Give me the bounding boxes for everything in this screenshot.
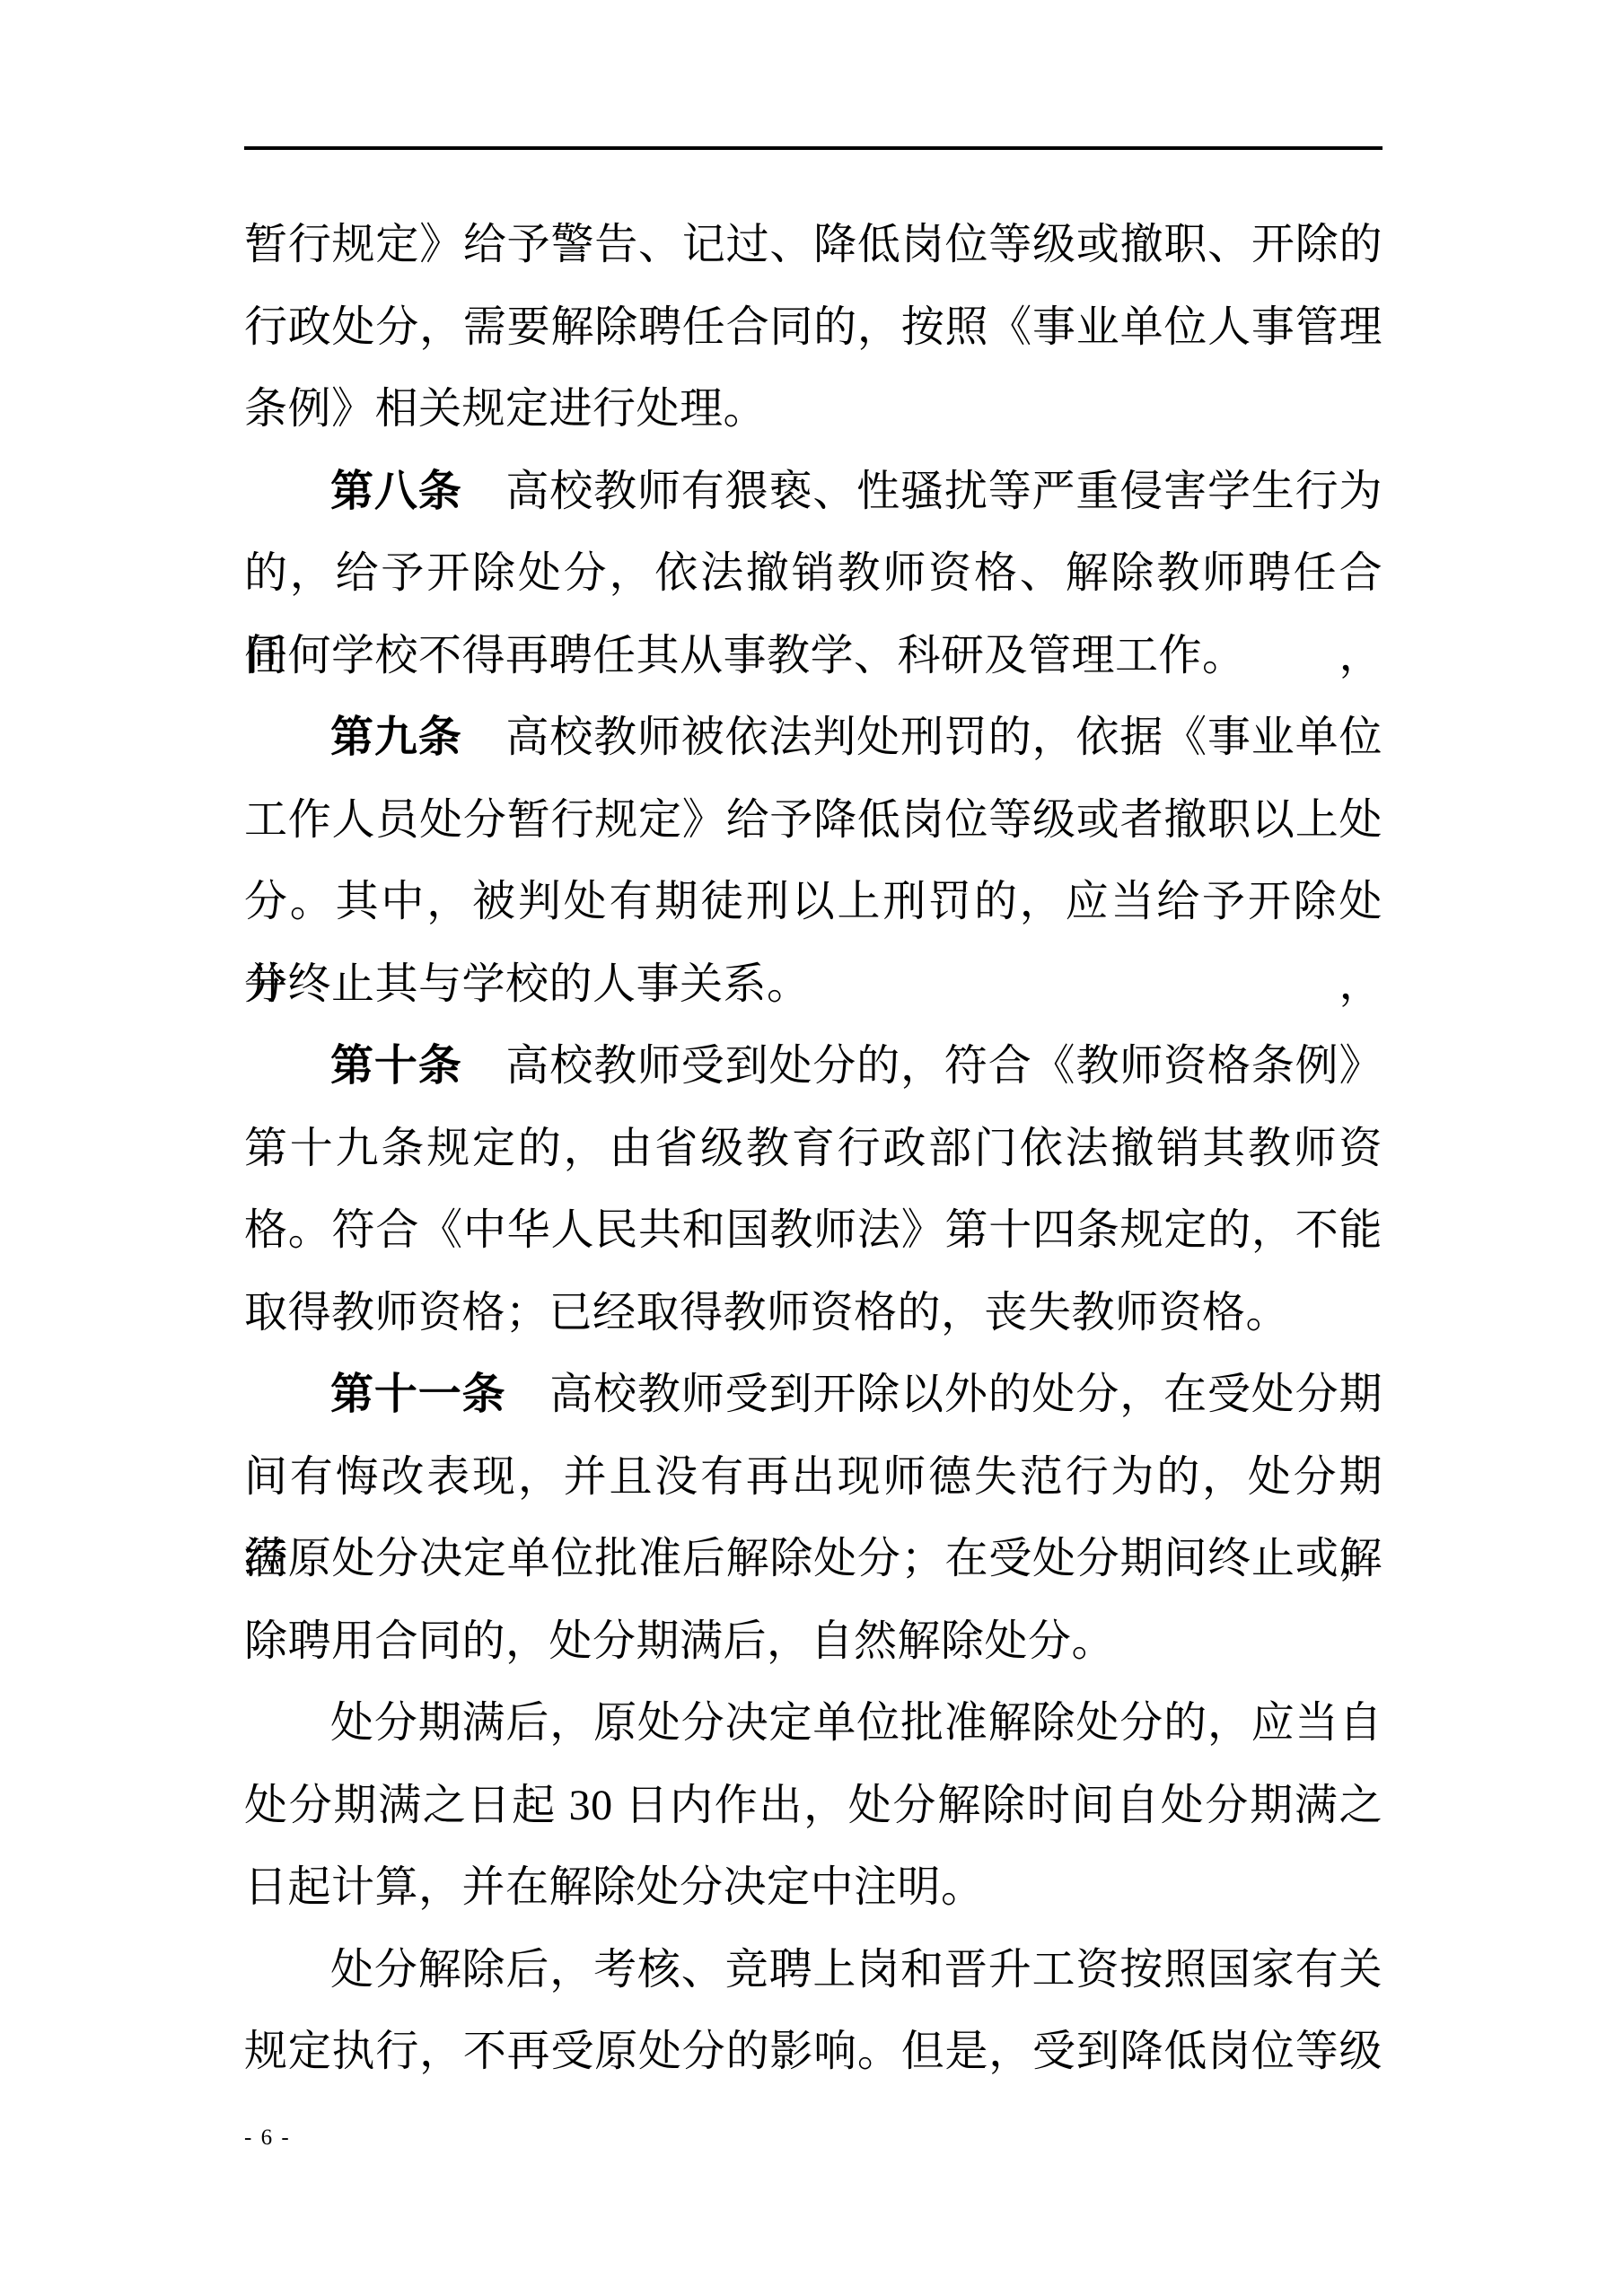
line-text: 经原处分决定单位批准后解除处分；在受处分期间终止或解 xyxy=(244,1535,1383,1582)
text-line: 行政处分，需要解除聘任合同的，按照《事业单位人事管理 xyxy=(244,286,1383,369)
line-text: 取得教师资格；已经取得教师资格的，丧失教师资格。 xyxy=(244,1289,1289,1336)
line-text: 行政处分，需要解除聘任合同的，按照《事业单位人事管理 xyxy=(244,303,1383,351)
text-line: 经原处分决定单位批准后解除处分；在受处分期间终止或解 xyxy=(244,1518,1383,1600)
article-number: 第九条 xyxy=(330,714,462,761)
line-text: 除聘用合同的，处分期满后，自然解除处分。 xyxy=(244,1617,1115,1665)
line-text: 高校教师受到处分的，符合《教师资格条例》 xyxy=(462,1042,1383,1090)
line-text: 处分期满之日起 30 日内作出，处分解除时间自处分期满之 xyxy=(244,1782,1383,1829)
text-line: 暂行规定》给予警告、记过、降低岗位等级或撤职、开除的 xyxy=(244,204,1383,286)
article-number: 第十一条 xyxy=(330,1371,505,1418)
line-text: 任何学校不得再聘任其从事教学、科研及管理工作。 xyxy=(244,632,1246,679)
text-line: 分。其中，被判处有期徒刑以上刑罚的，应当给予开除处分， xyxy=(244,861,1383,943)
article-number: 第十条 xyxy=(330,1042,462,1090)
line-text: 处分解除后，考核、竞聘上岗和晋升工资按照国家有关 xyxy=(330,1946,1383,1994)
text-line: 规定执行，不再受原处分的影响。但是，受到降低岗位等级 xyxy=(244,2011,1383,2093)
line-text: 高校教师有猥亵、性骚扰等严重侵害学生行为 xyxy=(462,468,1383,515)
document-body: 暂行规定》给予警告、记过、降低岗位等级或撤职、开除的行政处分，需要解除聘任合同的… xyxy=(244,204,1383,2093)
document-page: 暂行规定》给予警告、记过、降低岗位等级或撤职、开除的行政处分，需要解除聘任合同的… xyxy=(0,0,1624,2296)
text-line: 取得教师资格；已经取得教师资格的，丧失教师资格。 xyxy=(244,1272,1383,1354)
page-number: - 6 - xyxy=(244,2125,291,2151)
text-line: 第九条 高校教师被依法判处刑罚的，依据《事业单位 xyxy=(244,697,1383,779)
text-line: 格。符合《中华人民共和国教师法》第十四条规定的，不能 xyxy=(244,1189,1383,1272)
text-line: 工作人员处分暂行规定》给予降低岗位等级或者撤职以上处 xyxy=(244,779,1383,862)
text-line: 除聘用合同的，处分期满后，自然解除处分。 xyxy=(244,1600,1383,1683)
line-text: 高校教师被依法判处刑罚的，依据《事业单位 xyxy=(462,714,1383,761)
text-line: 任何学校不得再聘任其从事教学、科研及管理工作。 xyxy=(244,615,1383,697)
text-line: 第八条 高校教师有猥亵、性骚扰等严重侵害学生行为 xyxy=(244,451,1383,533)
line-text: 第十九条规定的，由省级教育行政部门依法撤销其教师资 xyxy=(244,1125,1383,1172)
text-line: 条例》相关规定进行处理。 xyxy=(244,368,1383,451)
line-text: 高校教师受到开除以外的处分，在受处分期 xyxy=(505,1371,1383,1418)
text-line: 第十一条 高校教师受到开除以外的处分，在受处分期 xyxy=(244,1354,1383,1436)
text-line: 处分期满后，原处分决定单位批准解除处分的，应当自 xyxy=(244,1682,1383,1765)
line-text: 工作人员处分暂行规定》给予降低岗位等级或者撤职以上处 xyxy=(244,796,1383,844)
text-line: 处分期满之日起 30 日内作出，处分解除时间自处分期满之 xyxy=(244,1765,1383,1847)
text-line: 日起计算，并在解除处分决定中注明。 xyxy=(244,1846,1383,1929)
text-line: 处分解除后，考核、竞聘上岗和晋升工资按照国家有关 xyxy=(244,1929,1383,2011)
text-line: 第十九条规定的，由省级教育行政部门依法撤销其教师资 xyxy=(244,1108,1383,1190)
text-line: 第十条 高校教师受到处分的，符合《教师资格条例》 xyxy=(244,1025,1383,1108)
line-text: 暂行规定》给予警告、记过、降低岗位等级或撤职、开除的 xyxy=(244,221,1383,268)
line-text: 处分期满后，原处分决定单位批准解除处分的，应当自 xyxy=(330,1699,1383,1747)
line-text: 格。符合《中华人民共和国教师法》第十四条规定的，不能 xyxy=(244,1206,1383,1254)
text-line: 间有悔改表现，并且没有再出现师德失范行为的，处分期满， xyxy=(244,1436,1383,1519)
article-number: 第八条 xyxy=(330,468,462,515)
text-line: 的，给予开除处分，依法撤销教师资格、解除教师聘任合同， xyxy=(244,532,1383,615)
header-rule xyxy=(244,146,1383,150)
line-text: 并终止其与学校的人事关系。 xyxy=(244,960,811,1008)
line-text: 规定执行，不再受原处分的影响。但是，受到降低岗位等级 xyxy=(244,2028,1383,2075)
line-text: 日起计算，并在解除处分决定中注明。 xyxy=(244,1863,985,1911)
line-text: 条例》相关规定进行处理。 xyxy=(244,385,767,433)
